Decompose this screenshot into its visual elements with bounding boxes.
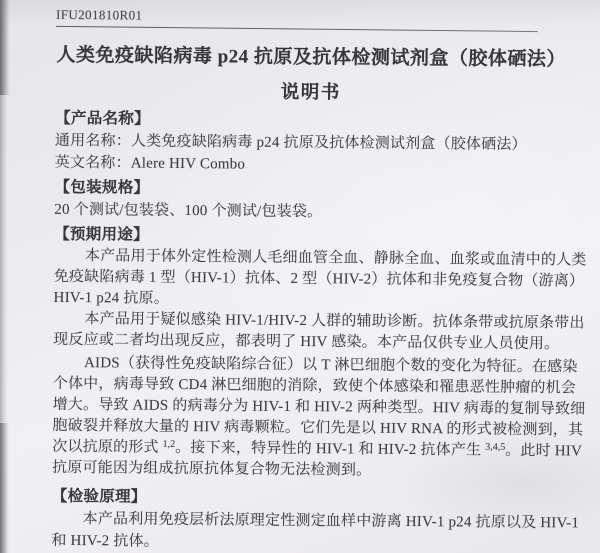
intended-use-p3-line6: 抗原可能因为组成抗原抗体复合物无法检测到。 <box>52 458 563 483</box>
text-run: 。接下来，特异性的 HIV-1 和 HIV-2 抗体产生 <box>175 440 485 459</box>
doc-subtitle: 说明书 <box>55 78 566 109</box>
paper-sheet: IFU201810R01 人类免疫缺陷病毒 p24 抗原及抗体检测试剂盒（胶体硒… <box>0 0 600 553</box>
intended-use-p2-line2: 现反应或二者均出现反应，都表明了 HIV 感染。本产品仅供专业人员使用。 <box>53 330 564 355</box>
english-name-line: 英文名称：Alere HIV Combo <box>55 152 566 178</box>
text-run: 。此时 HIV <box>505 443 582 460</box>
footnote-ref-1-2: 1,2 <box>163 439 176 450</box>
text-run: 次以抗原的形式 <box>52 439 162 456</box>
footnote-ref-3-4-5: 3,4,5 <box>485 442 505 453</box>
doc-title: 人类免疫缺陷病毒 p24 抗原及抗体检测试剂盒（胶体硒法） <box>56 42 567 74</box>
document-photo: IFU201810R01 人类免疫缺陷病毒 p24 抗原及抗体检测试剂盒（胶体硒… <box>0 0 600 553</box>
doc-code: IFU201810R01 <box>56 6 567 28</box>
packaging-spec-line: 20 个测试/包装袋、100 个测试/包装袋。 <box>54 199 565 225</box>
